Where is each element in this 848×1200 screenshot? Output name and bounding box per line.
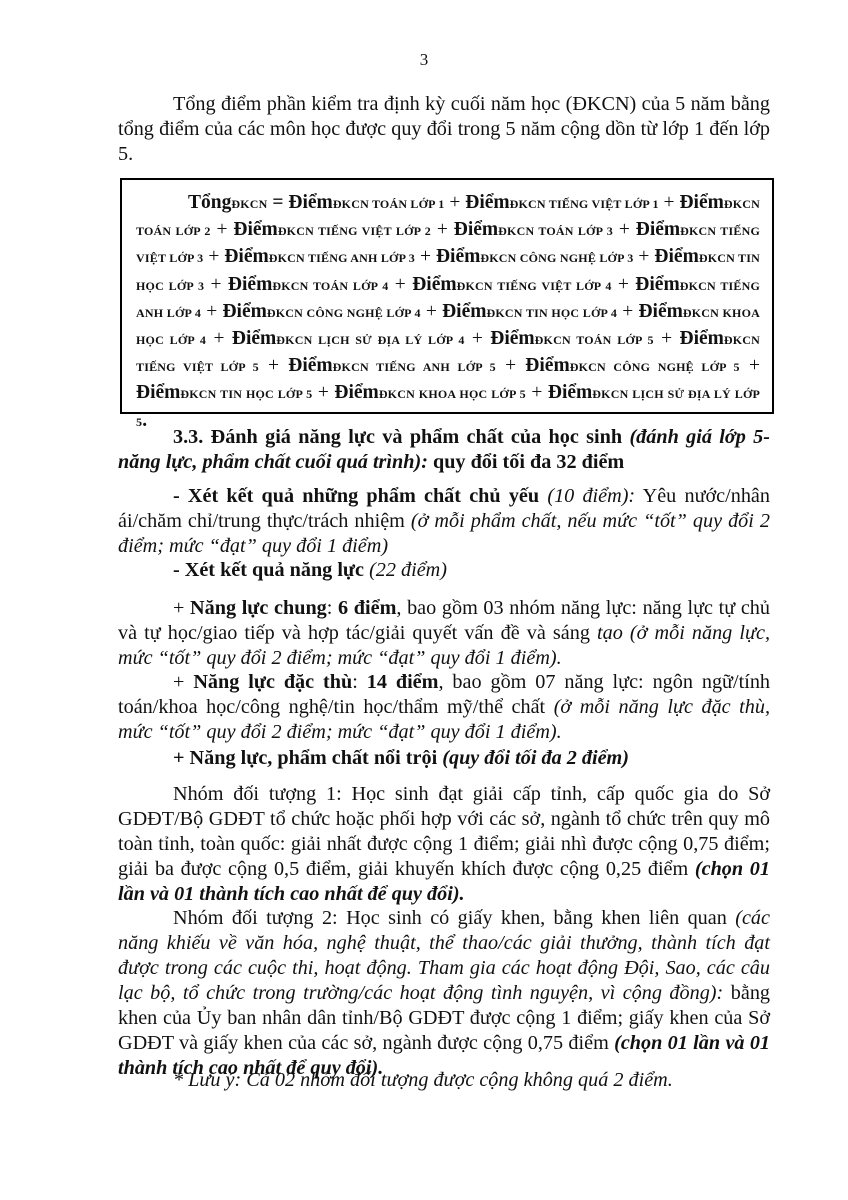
formula-term: Điểm — [636, 219, 680, 240]
formula-term-sub: ĐKCN CÔNG NGHỆ LỚP 5 — [570, 360, 740, 374]
formula-term: Điểm — [490, 328, 534, 349]
formula-term: Điểm — [412, 274, 456, 295]
formula-plus: + — [659, 192, 680, 213]
page-number: 3 — [0, 50, 848, 70]
formula-term-sub: ĐKCN TOÁN LỚP 3 — [498, 224, 613, 238]
formula-plus: + — [431, 219, 454, 240]
formula-term-sub: ĐKCN TOÁN LỚP 5 — [535, 333, 654, 347]
formula-term: Điểm — [525, 355, 569, 376]
formula-term: Điểm — [232, 328, 276, 349]
formula-term: Điểm — [679, 328, 723, 349]
nhom-2-text: Nhóm đối tượng 2: Học sinh có giấy khen,… — [173, 907, 735, 929]
formula-plus: + — [444, 192, 465, 213]
formula-term: Điểm — [334, 382, 378, 403]
formula-term: Điểm — [548, 382, 592, 403]
nang-luc-dac-thu-paragraph: + Năng lực đặc thù: 14 điểm, bao gồm 07 … — [118, 670, 770, 745]
formula-lhs-sub: ĐKCN — [231, 197, 267, 211]
formula-lhs: Tổng — [188, 192, 231, 213]
formula-term: Điểm — [136, 382, 180, 403]
pham-chat-bold: - Xét kết quả những phẩm chất chủ yếu — [173, 485, 547, 507]
colon: : — [352, 671, 367, 693]
nhom-2-paragraph: Nhóm đối tượng 2: Học sinh có giấy khen,… — [118, 906, 770, 1081]
formula-plus: + — [654, 328, 680, 349]
formula-equals: = — [268, 192, 289, 213]
formula-plus: + — [617, 301, 638, 322]
formula-term-sub: ĐKCN TIẾNG ANH LỚP 5 — [333, 360, 496, 374]
formula-plus: + — [633, 246, 654, 267]
formula-plus: + — [526, 382, 548, 403]
colon: : — [327, 597, 338, 619]
formula-term-sub: ĐKCN CÔNG NGHỆ LỚP 4 — [267, 306, 421, 320]
formula-term-sub: ĐKCN TIN HỌC LỚP 4 — [487, 306, 618, 320]
formula-term: Điểm — [654, 246, 698, 267]
noi-troi-title: + Năng lực, phẩm chất nổi trội — [173, 747, 442, 769]
formula-plus: + — [201, 301, 222, 322]
heading-tail: quy đổi tối đa 32 điểm — [428, 451, 624, 473]
nang-luc-dac-thu-title: Năng lực đặc thù — [193, 671, 352, 693]
note-text: * Lưu ý: Cả 02 nhóm đối tượng được cộng … — [173, 1069, 673, 1091]
nang-luc-chung-paragraph: + Năng lực chung: 6 điểm, bao gồm 03 nhó… — [118, 596, 770, 671]
formula-term-sub: ĐKCN TIẾNG VIỆT LỚP 2 — [278, 224, 431, 238]
formula-term: Điểm — [288, 355, 332, 376]
nang-luc-dac-thu-points: 14 điểm — [367, 671, 439, 693]
formula-plus: + — [204, 274, 228, 295]
formula-text: TổngĐKCN = ĐiểmĐKCN TOÁN LỚP 1 + ĐiểmĐKC… — [136, 190, 760, 435]
formula-term: Điểm — [233, 219, 277, 240]
formula-plus: + — [740, 355, 760, 376]
heading-bold: 3.3. Đánh giá năng lực và phẩm chất của … — [173, 426, 629, 448]
note-paragraph: * Lưu ý: Cả 02 nhóm đối tượng được cộng … — [118, 1068, 770, 1093]
formula-term: Điểm — [465, 192, 509, 213]
formula-term-sub: ĐKCN TOÁN LỚP 4 — [272, 279, 388, 293]
formula-plus: + — [421, 301, 442, 322]
formula-plus: + — [211, 219, 234, 240]
formula-term: Điểm — [638, 301, 682, 322]
nang-luc-chung-points: 6 điểm — [338, 597, 396, 619]
formula-term: Điểm — [679, 192, 723, 213]
formula-term: Điểm — [442, 301, 486, 322]
formula-term: Điểm — [224, 246, 268, 267]
formula-plus: + — [612, 274, 636, 295]
nhom-1-paragraph: Nhóm đối tượng 1: Học sinh đạt giải cấp … — [118, 782, 770, 907]
nang-luc-paragraph: - Xét kết quả năng lực (22 điểm) — [118, 558, 770, 583]
formula-term-sub: ĐKCN TIẾNG VIỆT LỚP 1 — [510, 197, 659, 211]
plus-sign: + — [173, 671, 193, 693]
nang-luc-points: (22 điểm) — [369, 559, 447, 581]
nang-luc-chung-title: Năng lực chung — [190, 597, 327, 619]
formula-plus: + — [415, 246, 436, 267]
formula-term-sub: ĐKCN TOÁN LỚP 1 — [333, 197, 445, 211]
formula-term-sub: ĐKCN KHOA HỌC LỚP 5 — [379, 387, 526, 401]
pham-chat-paragraph: - Xét kết quả những phẩm chất chủ yếu (1… — [118, 484, 770, 559]
formula-term: Điểm — [288, 192, 332, 213]
formula-term-sub: ĐKCN TIẾNG ANH LỚP 3 — [269, 251, 415, 265]
formula-term-sub: ĐKCN TIẾNG VIỆT LỚP 4 — [457, 279, 612, 293]
formula-term-sub: ĐKCN CÔNG NGHỆ LỚP 3 — [480, 251, 633, 265]
formula-plus: + — [312, 382, 334, 403]
noi-troi-paragraph: + Năng lực, phẩm chất nổi trội (quy đổi … — [118, 746, 770, 771]
formula-term-sub: ĐKCN LỊCH SỬ ĐỊA LÝ LỚP 4 — [276, 333, 464, 347]
formula-term: Điểm — [228, 274, 272, 295]
nhom-1-text: Nhóm đối tượng 1: Học sinh đạt giải cấp … — [118, 783, 770, 880]
nang-luc-bold: - Xét kết quả năng lực — [173, 559, 369, 581]
noi-troi-points: (quy đổi tối đa 2 điểm) — [442, 747, 629, 769]
formula-term: Điểm — [635, 274, 679, 295]
formula-term: Điểm — [222, 301, 266, 322]
formula-term: Điểm — [436, 246, 480, 267]
intro-paragraph: Tổng điểm phần kiểm tra định kỳ cuối năm… — [118, 92, 770, 167]
formula-plus: + — [206, 328, 232, 349]
plus-sign: + — [173, 597, 190, 619]
formula-term-sub: ĐKCN TIN HỌC LỚP 5 — [180, 387, 312, 401]
formula-plus: + — [203, 246, 224, 267]
section-3-3-heading: 3.3. Đánh giá năng lực và phẩm chất của … — [118, 425, 770, 475]
pham-chat-points: (10 điểm): — [547, 485, 635, 507]
formula-plus: + — [613, 219, 636, 240]
formula-plus: + — [465, 328, 491, 349]
formula-term: Điểm — [454, 219, 498, 240]
formula-plus: + — [388, 274, 412, 295]
formula-plus: + — [259, 355, 288, 376]
formula-plus: + — [496, 355, 525, 376]
formula-box: TổngĐKCN = ĐiểmĐKCN TOÁN LỚP 1 + ĐiểmĐKC… — [120, 178, 774, 414]
